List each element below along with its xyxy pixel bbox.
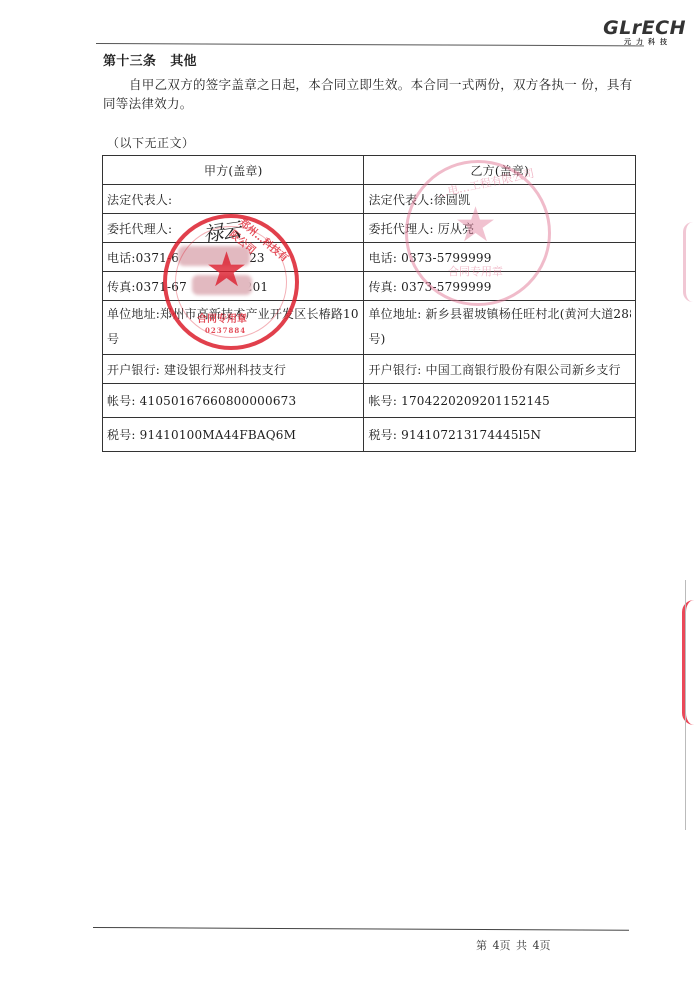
end-of-text-note: （以下无正文） xyxy=(107,134,195,151)
party-b-address-line2: 号) xyxy=(368,327,631,352)
signature-scribble: 禄云 xyxy=(201,214,241,248)
party-a-phone-suffix: 23 xyxy=(249,251,265,265)
table-row: 开户银行: 建设银行郑州科技支行 开户银行: 中国工商银行股份有限公司新乡支行 xyxy=(103,355,636,384)
party-b-fax: 传真: 0373-5799999 xyxy=(364,272,636,301)
table-row: 单位地址:郑州市高新技术产业开发区长椿路10 号 单位地址: 新乡县翟坡镇杨任旺… xyxy=(103,301,636,355)
party-a-account: 帐号: 41050167660800000673 xyxy=(103,384,364,418)
footer-divider xyxy=(93,927,629,931)
table-row: 法定代表人: 法定代表人:徐圆凯 xyxy=(103,185,636,214)
table-row: 甲方(盖章) 乙方(盖章) xyxy=(103,156,636,185)
party-a-legal-rep: 法定代表人: xyxy=(103,185,364,214)
table-row: 传真:0371-671201 传真: 0373-5799999 xyxy=(103,272,636,301)
redaction-phone xyxy=(178,246,250,266)
party-a-heading: 甲方(盖章) xyxy=(103,156,364,185)
table-row: 税号: 91410100MA44FBAQ6M 税号: 9141072131744… xyxy=(103,418,636,452)
table-row: 委托代理人: 委托代理人: 厉从亮 xyxy=(103,214,636,243)
section-title: 其他 xyxy=(170,54,197,69)
party-a-bank: 开户银行: 建设银行郑州科技支行 xyxy=(103,355,364,384)
party-b-phone: 电话: 0373-5799999 xyxy=(364,243,636,272)
company-logo: GLrECH 元力科技 xyxy=(556,18,686,47)
party-a-tax-id: 税号: 91410100MA44FBAQ6M xyxy=(103,418,364,452)
redaction-fax xyxy=(192,275,252,295)
signature-table: 甲方(盖章) 乙方(盖章) 法定代表人: 法定代表人:徐圆凯 委托代理人: 委托… xyxy=(102,155,636,452)
logo-text: GLrECH xyxy=(556,18,686,38)
party-b-address: 单位地址: 新乡县翟坡镇杨任旺村北(黄河大道288 号) xyxy=(364,301,636,355)
party-b-agent: 委托代理人: 厉从亮 xyxy=(364,214,636,243)
party-b-account: 帐号: 1704220209201152145 xyxy=(364,384,636,418)
table-row: 帐号: 41050167660800000673 帐号: 17042202092… xyxy=(103,384,636,418)
party-a-phone-prefix: 电话:0371-6 xyxy=(107,251,179,265)
section-paragraph: 自甲乙双方的签字盖章之日起，本合同立即生效。本合同一式两份，双方各执一 份，具有… xyxy=(103,75,643,113)
party-a-fax-prefix: 传真:0371-67 xyxy=(107,280,187,294)
page-edge-line xyxy=(685,580,686,830)
party-a-address-line1: 单位地址:郑州市高新技术产业开发区长椿路10 xyxy=(107,302,359,327)
party-b-bank: 开户银行: 中国工商银行股份有限公司新乡支行 xyxy=(364,355,636,384)
party-a-address-line2: 号 xyxy=(107,327,359,352)
page-number: 第 4页 共 4页 xyxy=(476,937,551,953)
party-b-tax-id: 税号: 914107213174445l5N xyxy=(364,418,636,452)
section-number: 第十三条 xyxy=(103,54,156,69)
party-b-address-line1: 单位地址: 新乡县翟坡镇杨任旺村北(黄河大道288 xyxy=(368,302,631,327)
edge-seal-top xyxy=(683,222,700,302)
party-a-address: 单位地址:郑州市高新技术产业开发区长椿路10 号 xyxy=(103,301,364,355)
section-heading: 第十三条其他 xyxy=(103,50,197,69)
party-b-legal-rep: 法定代表人:徐圆凯 xyxy=(364,185,636,214)
party-b-heading: 乙方(盖章) xyxy=(364,156,636,185)
